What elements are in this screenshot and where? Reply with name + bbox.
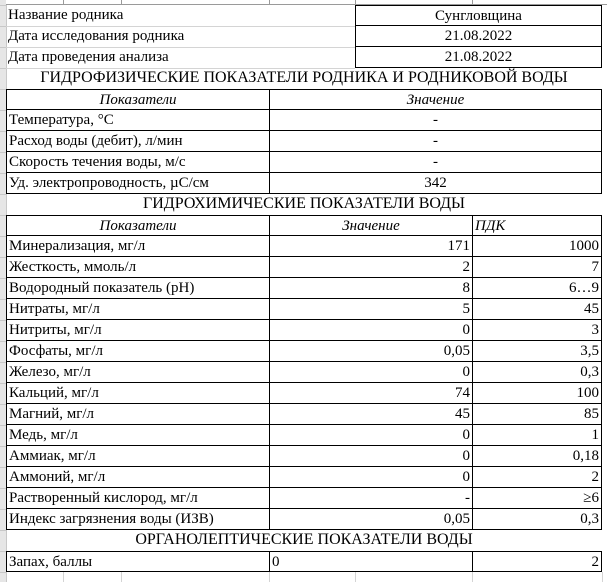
hc-row-4-value[interactable]: 0: [269, 320, 473, 341]
cell-study-date-label[interactable]: Дата исследования родника: [6, 26, 355, 47]
hc-header-indicator[interactable]: Показатели: [6, 215, 270, 236]
hc-row-1-mac[interactable]: 7: [472, 257, 602, 278]
hc-row-2-mac[interactable]: 6…9: [472, 278, 602, 299]
hc-row-3-value[interactable]: 5: [269, 299, 473, 320]
hc-row-5-mac[interactable]: 3,5: [472, 341, 602, 362]
hc-row-10-mac[interactable]: 0,18: [472, 446, 602, 467]
hc-row-13-mac[interactable]: 0,3: [472, 509, 602, 530]
hp-row-3-name[interactable]: Уд. электропроводность, µC/см: [6, 173, 270, 194]
hc-row-9-value[interactable]: 0: [269, 425, 473, 446]
hc-row-9-name[interactable]: Медь, мг/л: [6, 425, 270, 446]
hydrophysical-section-title[interactable]: ГИДРОФИЗИЧЕСКИЕ ПОКАЗАТЕЛИ РОДНИКА И РОД…: [6, 68, 602, 89]
hp-header-value[interactable]: Значение: [269, 89, 602, 110]
hp-row-0-value[interactable]: -: [269, 110, 602, 131]
hc-row-0-name[interactable]: Минерализация, мг/л: [6, 236, 270, 257]
hc-row-6-value[interactable]: 0: [269, 362, 473, 383]
hc-row-8-value[interactable]: 45: [269, 404, 473, 425]
hc-row-8-name[interactable]: Магний, мг/л: [6, 404, 270, 425]
hc-header-mac[interactable]: ПДК: [472, 215, 602, 236]
hc-row-0-value[interactable]: 171: [269, 236, 473, 257]
hc-row-7-mac[interactable]: 100: [472, 383, 602, 404]
hp-row-1-name[interactable]: Расход воды (дебит), л/мин: [6, 131, 270, 152]
hc-row-12-value[interactable]: -: [269, 488, 473, 509]
org-row-0-mac[interactable]: 2: [472, 551, 602, 572]
hp-row-2-name[interactable]: Скорость течения воды, м/с: [6, 152, 270, 173]
hc-header-value[interactable]: Значение: [269, 215, 473, 236]
hc-row-2-value[interactable]: 8: [269, 278, 473, 299]
hc-row-2-name[interactable]: Водородный показатель (pH): [6, 278, 270, 299]
hc-row-13-name[interactable]: Индекс загрязнения воды (ИЗВ): [6, 509, 270, 530]
hc-row-11-value[interactable]: 0: [269, 467, 473, 488]
hc-row-11-mac[interactable]: 2: [472, 467, 602, 488]
hp-row-3-value[interactable]: 342: [269, 173, 602, 194]
org-row-0-value[interactable]: 0: [269, 551, 473, 572]
hc-row-0-mac[interactable]: 1000: [472, 236, 602, 257]
cell-analysis-date-label[interactable]: Дата проведения анализа: [6, 47, 355, 68]
hc-row-11-name[interactable]: Аммоний, мг/л: [6, 467, 270, 488]
hc-row-1-value[interactable]: 2: [269, 257, 473, 278]
hc-row-6-mac[interactable]: 0,3: [472, 362, 602, 383]
hp-row-1-value[interactable]: -: [269, 131, 602, 152]
hc-row-4-name[interactable]: Нитриты, мг/л: [6, 320, 270, 341]
hc-row-4-mac[interactable]: 3: [472, 320, 602, 341]
hc-row-13-value[interactable]: 0,05: [269, 509, 473, 530]
organoleptic-section-title[interactable]: ОРГАНОЛЕПТИЧЕСКИЕ ПОКАЗАТЕЛИ ВОДЫ: [6, 530, 602, 551]
hc-row-3-mac[interactable]: 45: [472, 299, 602, 320]
cell-spring-name-value[interactable]: Сунгловщина: [355, 5, 602, 26]
hc-row-9-mac[interactable]: 1: [472, 425, 602, 446]
hc-row-7-name[interactable]: Кальций, мг/л: [6, 383, 270, 404]
cell-analysis-date-value[interactable]: 21.08.2022: [355, 46, 602, 68]
cell-spring-name-label[interactable]: Название родника: [6, 5, 355, 26]
cell-study-date-value[interactable]: 21.08.2022: [355, 26, 602, 47]
hc-row-5-name[interactable]: Фосфаты, мг/л: [6, 341, 270, 362]
hc-row-6-name[interactable]: Железо, мг/л: [6, 362, 270, 383]
hc-row-10-value[interactable]: 0: [269, 446, 473, 467]
hc-row-12-name[interactable]: Растворенный кислород, мг/л: [6, 488, 270, 509]
hc-row-1-name[interactable]: Жесткость, ммоль/л: [6, 257, 270, 278]
hc-row-8-mac[interactable]: 85: [472, 404, 602, 425]
hc-row-10-name[interactable]: Аммиак, мг/л: [6, 446, 270, 467]
org-row-0-name[interactable]: Запах, баллы: [6, 551, 270, 572]
hydrochemical-section-title[interactable]: ГИДРОХИМИЧЕСКИЕ ПОКАЗАТЕЛИ ВОДЫ: [6, 194, 602, 215]
hp-row-2-value[interactable]: -: [269, 152, 602, 173]
hp-header-indicator[interactable]: Показатели: [6, 89, 270, 110]
hp-row-0-name[interactable]: Температура, °C: [6, 110, 270, 131]
hc-row-12-mac[interactable]: ≥6: [472, 488, 602, 509]
hc-row-7-value[interactable]: 74: [269, 383, 473, 404]
hc-row-5-value[interactable]: 0,05: [269, 341, 473, 362]
hc-row-3-name[interactable]: Нитраты, мг/л: [6, 299, 270, 320]
